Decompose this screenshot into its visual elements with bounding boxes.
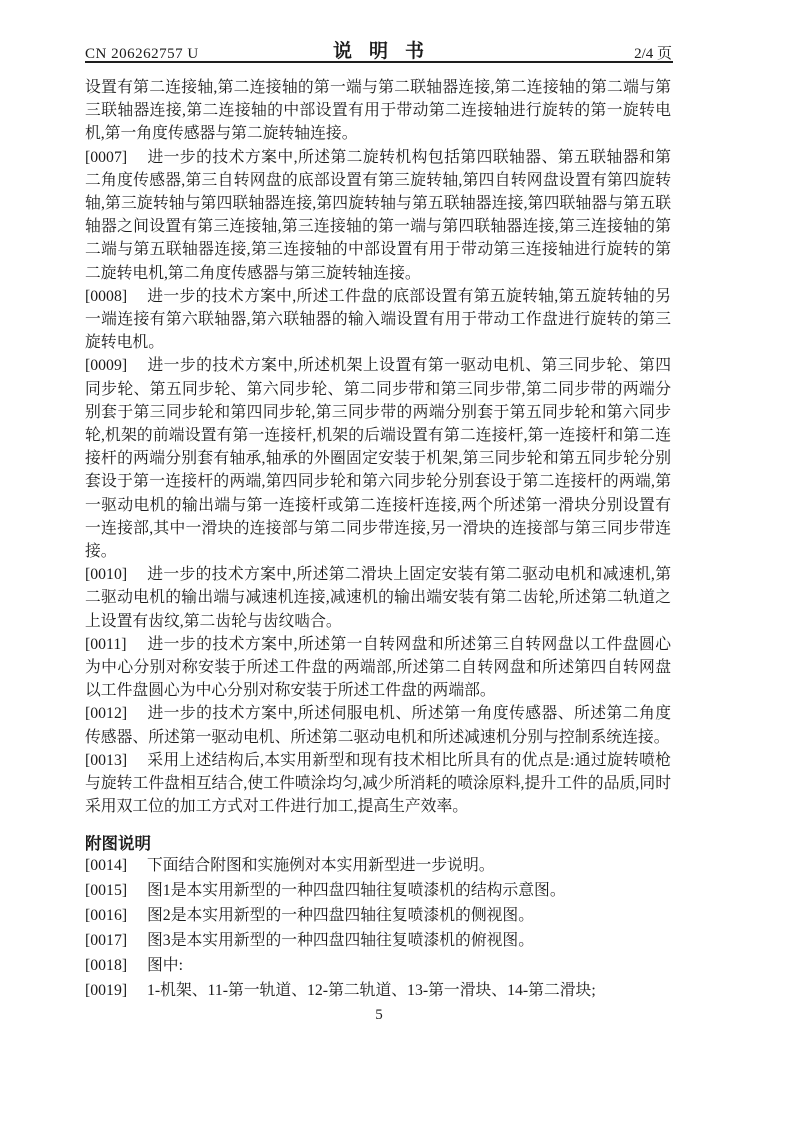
paragraph-0009: [0009]进一步的技术方案中,所述机架上设置有第一驱动电机、第三同步轮、第四同… <box>85 354 671 563</box>
paragraph-0011: [0011]进一步的技术方案中,所述第一自转网盘和所述第三自转网盘以工件盘圆心为… <box>85 633 671 703</box>
paragraph-tag: [0012] <box>85 702 147 725</box>
page-header: CN 206262757 U 说明书 2/4 页 <box>85 36 672 63</box>
paragraph-0008: [0008]进一步的技术方案中,所述工件盘的底部设置有第五旋转轴,第五旋转轴的另… <box>85 285 671 355</box>
paragraph-tag: [0008] <box>85 285 147 308</box>
paragraph-0015: [0015]图1是本实用新型的一种四盘四轴往复喷漆机的结构示意图。 <box>85 878 671 903</box>
paragraph-0017: [0017]图3是本实用新型的一种四盘四轴往复喷漆机的俯视图。 <box>85 928 671 953</box>
paragraph-text: 图3是本实用新型的一种四盘四轴往复喷漆机的俯视图。 <box>147 932 534 949</box>
paragraph-tag: [0013] <box>85 749 147 772</box>
paragraph-text: 图1是本实用新型的一种四盘四轴往复喷漆机的结构示意图。 <box>147 882 566 899</box>
paragraph-text: 1-机架、11-第一轨道、12-第二轨道、13-第一滑块、14-第二滑块; <box>147 982 596 999</box>
paragraph-text: 采用上述结构后,本实用新型和现有技术相比所具有的优点是:通过旋转喷枪与旋转工件盘… <box>85 752 671 815</box>
paragraph-text: 进一步的技术方案中,所述第二滑块上固定安装有第二驱动电机和减速机,第二驱动电机的… <box>85 566 671 629</box>
paragraph-text: 进一步的技术方案中,所述第二旋转机构包括第四联轴器、第五联轴器和第二角度传感器,… <box>85 149 671 282</box>
paragraph-text: 进一步的技术方案中,所述工件盘的底部设置有第五旋转轴,第五旋转轴的另一端连接有第… <box>85 288 671 351</box>
header-rule <box>85 61 673 63</box>
paragraph-text: 图2是本实用新型的一种四盘四轴往复喷漆机的侧视图。 <box>147 907 534 924</box>
page-indicator: 2/4 页 <box>634 42 672 63</box>
paragraph-tag: [0011] <box>85 633 147 656</box>
page-footer: 5 <box>85 1007 673 1024</box>
paragraph-text: 进一步的技术方案中,所述第一自转网盘和所述第三自转网盘以工件盘圆心为中心分别对称… <box>85 636 671 699</box>
paragraph-tag: [0015] <box>85 878 147 903</box>
paragraph-0016: [0016]图2是本实用新型的一种四盘四轴往复喷漆机的侧视图。 <box>85 903 671 928</box>
paragraph-tag: [0016] <box>85 903 147 928</box>
paragraph-0014: [0014]下面结合附图和实施例对本实用新型进一步说明。 <box>85 853 671 878</box>
paragraph-tag: [0017] <box>85 928 147 953</box>
paragraph-text: 进一步的技术方案中,所述机架上设置有第一驱动电机、第三同步轮、第四同步轮、第五同… <box>85 357 671 560</box>
paragraph-text: 下面结合附图和实施例对本实用新型进一步说明。 <box>147 857 495 874</box>
page-number: 5 <box>375 1007 383 1023</box>
paragraph-text: 图中: <box>147 957 183 974</box>
paragraph-tag: [0010] <box>85 563 147 586</box>
figures-section-heading: 附图说明 <box>85 830 151 854</box>
figure-notes: [0014]下面结合附图和实施例对本实用新型进一步说明。 [0015]图1是本实… <box>85 853 671 1003</box>
document-title: 说明书 <box>333 36 441 63</box>
paragraph-text: 进一步的技术方案中,所述伺服电机、所述第一角度传感器、所述第二角度传感器、所述第… <box>85 705 671 745</box>
paragraph-tag: [0009] <box>85 354 147 377</box>
paragraph-tag: [0014] <box>85 853 147 878</box>
paragraph-0013: [0013]采用上述结构后,本实用新型和现有技术相比所具有的优点是:通过旋转喷枪… <box>85 749 671 819</box>
paragraph-tag: [0018] <box>85 953 147 978</box>
paragraph-tag: [0019] <box>85 978 147 1003</box>
specification-body: 设置有第二连接轴,第二连接轴的第一端与第二联轴器连接,第二连接轴的第二端与第三联… <box>85 76 671 819</box>
paragraph-0018: [0018]图中: <box>85 953 671 978</box>
paragraph-0007: [0007]进一步的技术方案中,所述第二旋转机构包括第四联轴器、第五联轴器和第二… <box>85 146 671 285</box>
paragraph-text: 设置有第二连接轴,第二连接轴的第一端与第二联轴器连接,第二连接轴的第二端与第三联… <box>85 79 671 142</box>
paragraph-0012: [0012]进一步的技术方案中,所述伺服电机、所述第一角度传感器、所述第二角度传… <box>85 702 671 748</box>
paragraph-tag: [0007] <box>85 146 147 169</box>
paragraph-continuation: 设置有第二连接轴,第二连接轴的第一端与第二联轴器连接,第二连接轴的第二端与第三联… <box>85 76 671 146</box>
patent-specification-page: CN 206262757 U 说明书 2/4 页 设置有第二连接轴,第二连接轴的… <box>0 0 800 1132</box>
paragraph-0010: [0010]进一步的技术方案中,所述第二滑块上固定安装有第二驱动电机和减速机,第… <box>85 563 671 633</box>
paragraph-0019: [0019]1-机架、11-第一轨道、12-第二轨道、13-第一滑块、14-第二… <box>85 978 671 1003</box>
